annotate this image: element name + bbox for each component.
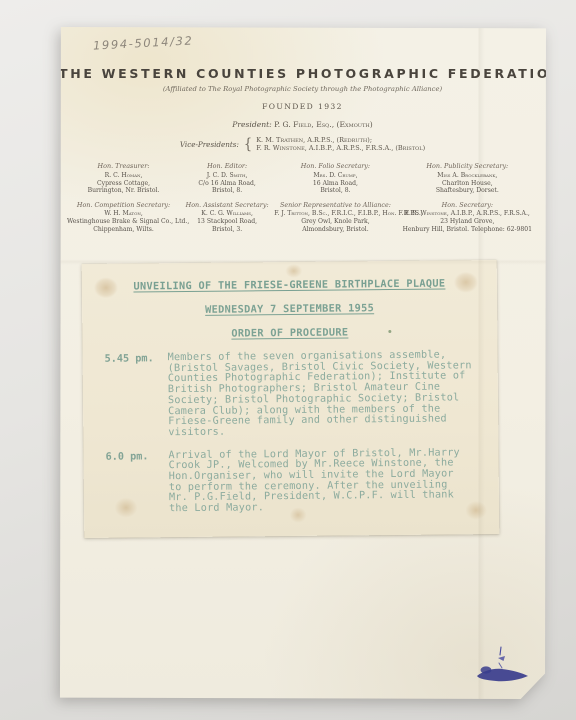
officer-cell-treasurer: Hon. Treasurer: R. C. Homan, Cypress Cot…: [67, 163, 180, 194]
schedule-item: 5.45 pm. Members of the seven organisati…: [83, 350, 499, 440]
vice-presidents-label: Vice-Presidents:: [180, 140, 239, 149]
letterhead-sheet: 1994-5014/32 THE WESTERN COUNTIES PHOTOG…: [59, 27, 546, 699]
notice-title: UNVEILING OF THE FRIESE-GREENE BIRTHPLAC…: [82, 260, 497, 293]
officer-cell-alliance-representative: Senior Representative to Alliance: F. J.…: [274, 202, 396, 233]
schedule-item: 6.0 pm. Arrival of the Lord Mayor of Bri…: [83, 448, 499, 516]
vice-president-entry: K. M. Trathen, A.R.P.S., (Redruth);: [256, 136, 425, 144]
officer-cell-editor: Hon. Editor: J. C. D. Smith, C/o 16 Alma…: [180, 163, 274, 194]
schedule-time: 6.0 pm.: [105, 451, 165, 516]
president-line: President: P. G. Field, Esq., (Exmouth): [59, 120, 546, 129]
officer-cell-competition-secretary: Hon. Competition Secretary: W. H. Maton,…: [67, 202, 180, 233]
vice-presidents-block: Vice-Presidents: { K. M. Trathen, A.R.P.…: [59, 136, 546, 152]
typed-notice-sheet: UNVEILING OF THE FRIESE-GREENE BIRTHPLAC…: [82, 260, 500, 538]
officers-grid-row2: Hon. Competition Secretary: W. H. Maton,…: [59, 202, 546, 233]
officer-cell-assistant-secretary: Hon. Assistant Secretary: K. C. G. Willi…: [180, 202, 274, 233]
document-paper: 1994-5014/32 THE WESTERN COUNTIES PHOTOG…: [59, 27, 546, 699]
officers-grid-row1: Hon. Treasurer: R. C. Homan, Cypress Cot…: [59, 163, 546, 194]
officer-cell-folio-secretary: Hon. Folio Secretary: Mrs. D. Crump, 16 …: [274, 163, 396, 194]
brace-glyph: {: [244, 136, 252, 153]
order-of-procedure-list: 5.45 pm. Members of the seven organisati…: [83, 350, 500, 516]
officer-cell-publicity-secretary: Hon. Publicity Secretary: Miss A. Brockl…: [397, 163, 538, 194]
vice-president-entry: F. R. Winstone, A.I.B.P., A.R.P.S., F.R.…: [256, 144, 425, 152]
affiliation-line: (Affiliated to The Royal Photographic So…: [59, 85, 546, 93]
blue-ink-blot: [471, 643, 533, 689]
officer-cell-hon-secretary: Hon. Secretary: F. R. Winstone, A.I.B.P.…: [397, 202, 538, 233]
photo-background: 1994-5014/32 THE WESTERN COUNTIES PHOTOG…: [0, 0, 576, 720]
founded-line: FOUNDED 1932: [59, 102, 546, 111]
president-name: P. G. Field, Esq., (Exmouth): [274, 120, 373, 129]
ink-speck: [388, 330, 391, 333]
notice-date: WEDNESDAY 7 SEPTEMBER 1955: [82, 301, 497, 317]
president-label: President:: [232, 120, 271, 129]
letterhead-title: THE WESTERN COUNTIES PHOTOGRAPHIC FEDERA…: [59, 27, 546, 81]
schedule-text: Arrival of the Lord Mayor of Bristol, Mr…: [168, 448, 460, 515]
schedule-text: Members of the seven organisations assem…: [168, 350, 473, 439]
letterhead-header: THE WESTERN COUNTIES PHOTOGRAPHIC FEDERA…: [59, 27, 546, 233]
notice-subtitle: ORDER OF PROCEDURE: [82, 325, 497, 341]
schedule-time: 5.45 pm.: [105, 353, 165, 439]
